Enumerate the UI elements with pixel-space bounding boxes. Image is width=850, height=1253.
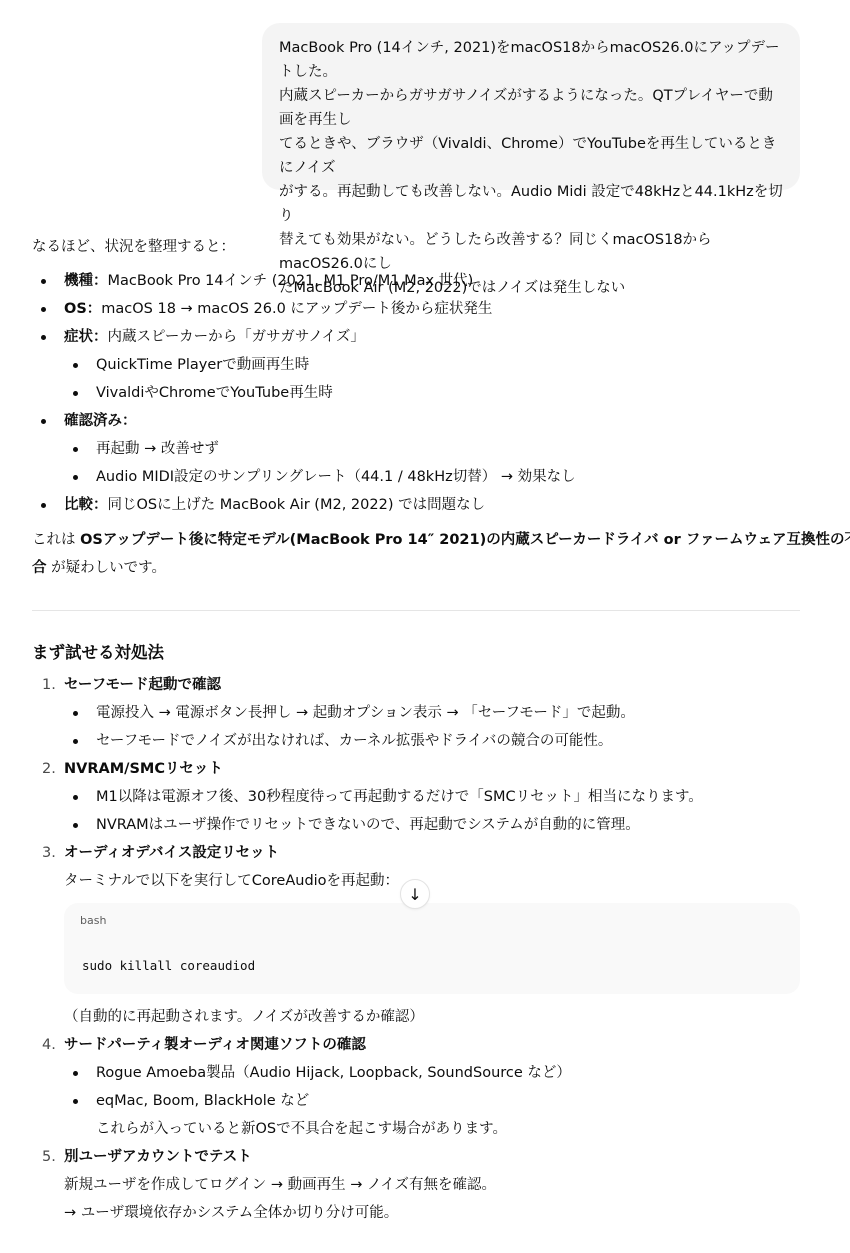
summary-item: 症状：内蔵スピーカーから「ガサガサノイズ」 bbox=[64, 327, 365, 347]
step-number: 2. bbox=[42, 759, 56, 779]
conclusion-suffix: が疑わしいです。 bbox=[47, 560, 166, 576]
bullet-icon bbox=[41, 279, 46, 284]
user-message-line: 替えても効果がない。どうしたら改善する？同じくmacOS18からmacOS26.… bbox=[279, 228, 784, 276]
step-title: オーディオデバイス設定リセット bbox=[64, 843, 279, 863]
user-message-line: 内蔵スピーカーからガサガサノイズがするようになった。QTプレイヤーで動画を再生し bbox=[279, 84, 784, 132]
conclusion-bold: OSアップデート後に特定モデル(MacBook Pro 14″ 2021)の内蔵… bbox=[80, 532, 850, 548]
bullet-icon bbox=[73, 823, 78, 828]
user-message-line: てるときや、ブラウザ（Vivaldi、Chrome）でYouTubeを再生してい… bbox=[279, 132, 784, 180]
step-after-text: （自動的に再起動されます。ノイズが改善するか確認） bbox=[64, 1007, 424, 1027]
divider bbox=[32, 610, 800, 611]
summary-label: 確認済み bbox=[64, 413, 122, 429]
step-bullet: NVRAMはユーザ操作でリセットできないので、再起動でシステムが自動的に管理。 bbox=[96, 815, 640, 835]
summary-item: OS：macOS 18 → macOS 26.0 にアップデート後から症状発生 bbox=[64, 299, 492, 319]
summary-label: 比較 bbox=[64, 497, 93, 513]
step-number: 1. bbox=[42, 675, 56, 695]
conclusion-line-1: これは OSアップデート後に特定モデル(MacBook Pro 14″ 2021… bbox=[32, 530, 850, 550]
summary-label: 機種 bbox=[64, 273, 93, 289]
step-bullet: Rogue Amoeba製品（Audio Hijack, Loopback, S… bbox=[96, 1063, 571, 1083]
step-title: サードパーティ製オーディオ関連ソフトの確認 bbox=[64, 1035, 366, 1055]
user-message-bubble: MacBook Pro (14インチ, 2021)をmacOS18からmacOS… bbox=[262, 23, 800, 190]
bullet-icon bbox=[41, 307, 46, 312]
step-number: 5. bbox=[42, 1147, 56, 1167]
step-number: 4. bbox=[42, 1035, 56, 1055]
summary-sep: ： bbox=[93, 329, 108, 345]
arrow-down-icon: ↓ bbox=[408, 885, 421, 904]
step-bullet: セーフモードでノイズが出なければ、カーネル拡張やドライバの競合の可能性。 bbox=[96, 731, 612, 751]
section-title: まず試せる対処法 bbox=[32, 643, 164, 663]
bullet-icon bbox=[73, 1071, 78, 1076]
bullet-icon bbox=[73, 363, 78, 368]
summary-item: 比較：同じOSに上げた MacBook Air (M2, 2022) では問題な… bbox=[64, 495, 485, 515]
summary-sep: ： bbox=[87, 301, 102, 317]
step-title: NVRAM/SMCリセット bbox=[64, 759, 223, 779]
step-bullet: eqMac, Boom, BlackHole など bbox=[96, 1091, 309, 1111]
bullet-icon bbox=[41, 335, 46, 340]
step-title: 別ユーザアカウントでテスト bbox=[64, 1147, 252, 1167]
summary-sep: ： bbox=[93, 497, 108, 513]
step-note: これらが入っていると新OSで不具合を起こす場合があります。 bbox=[96, 1119, 507, 1139]
step-line: → ユーザ環境依存かシステム全体か切り分け可能。 bbox=[64, 1203, 398, 1223]
conclusion-prefix: これは bbox=[32, 532, 80, 548]
summary-label: 症状 bbox=[64, 329, 93, 345]
summary-sep: ： bbox=[122, 413, 137, 429]
summary-text: 内蔵スピーカーから「ガサガサノイズ」 bbox=[108, 329, 365, 345]
conclusion-line-2: 合 が疑わしいです。 bbox=[32, 558, 166, 578]
bullet-icon bbox=[41, 503, 46, 508]
summary-label: OS bbox=[64, 301, 87, 317]
bullet-icon bbox=[73, 475, 78, 480]
code-language-label: bash bbox=[80, 914, 106, 927]
step-number: 3. bbox=[42, 843, 56, 863]
summary-subitem: QuickTime Playerで動画再生時 bbox=[96, 355, 309, 375]
bullet-icon bbox=[73, 795, 78, 800]
bullet-icon bbox=[73, 391, 78, 396]
user-message-line: がする。再起動しても改善しない。Audio Midi 設定で48kHzと44.1… bbox=[279, 180, 784, 228]
code-block[interactable]: bash sudo killall coreaudiod bbox=[64, 903, 800, 994]
conclusion-bold: 合 bbox=[32, 560, 47, 576]
summary-sep: ： bbox=[93, 273, 108, 289]
summary-subitem: Audio MIDI設定のサンプリングレート（44.1 / 48kHz切替） →… bbox=[96, 467, 576, 487]
scroll-to-bottom-button[interactable]: ↓ bbox=[400, 879, 430, 909]
summary-text: 同じOSに上げた MacBook Air (M2, 2022) では問題なし bbox=[108, 497, 486, 513]
bullet-icon bbox=[73, 1099, 78, 1104]
step-title: セーフモード起動で確認 bbox=[64, 675, 221, 695]
step-bullet: 電源投入 → 電源ボタン長押し → 起動オプション表示 → 「セーフモード」で起… bbox=[96, 703, 635, 723]
step-text: ターミナルで以下を実行してCoreAudioを再起動： bbox=[64, 871, 399, 891]
bullet-icon bbox=[73, 711, 78, 716]
intro-text: なるほど、状況を整理すると： bbox=[32, 237, 235, 257]
summary-subitem: VivaldiやChromeでYouTube再生時 bbox=[96, 383, 333, 403]
summary-subitem: 再起動 → 改善せず bbox=[96, 439, 219, 459]
bullet-icon bbox=[73, 739, 78, 744]
summary-item: 機種：MacBook Pro 14インチ (2021, M1 Pro/M1 Ma… bbox=[64, 271, 473, 291]
summary-text: macOS 18 → macOS 26.0 にアップデート後から症状発生 bbox=[101, 301, 492, 317]
summary-item: 確認済み： bbox=[64, 411, 137, 431]
summary-text: MacBook Pro 14インチ (2021, M1 Pro/M1 Max 世… bbox=[108, 273, 474, 289]
bullet-icon bbox=[41, 419, 46, 424]
step-bullet: M1以降は電源オフ後、30秒程度待って再起動するだけで「SMCリセット」相当にな… bbox=[96, 787, 703, 807]
bullet-icon bbox=[73, 447, 78, 452]
step-line: 新規ユーザを作成してログイン → 動画再生 → ノイズ有無を確認。 bbox=[64, 1175, 496, 1195]
user-message-line: MacBook Pro (14インチ, 2021)をmacOS18からmacOS… bbox=[279, 36, 784, 84]
code-content[interactable]: sudo killall coreaudiod bbox=[82, 958, 255, 973]
